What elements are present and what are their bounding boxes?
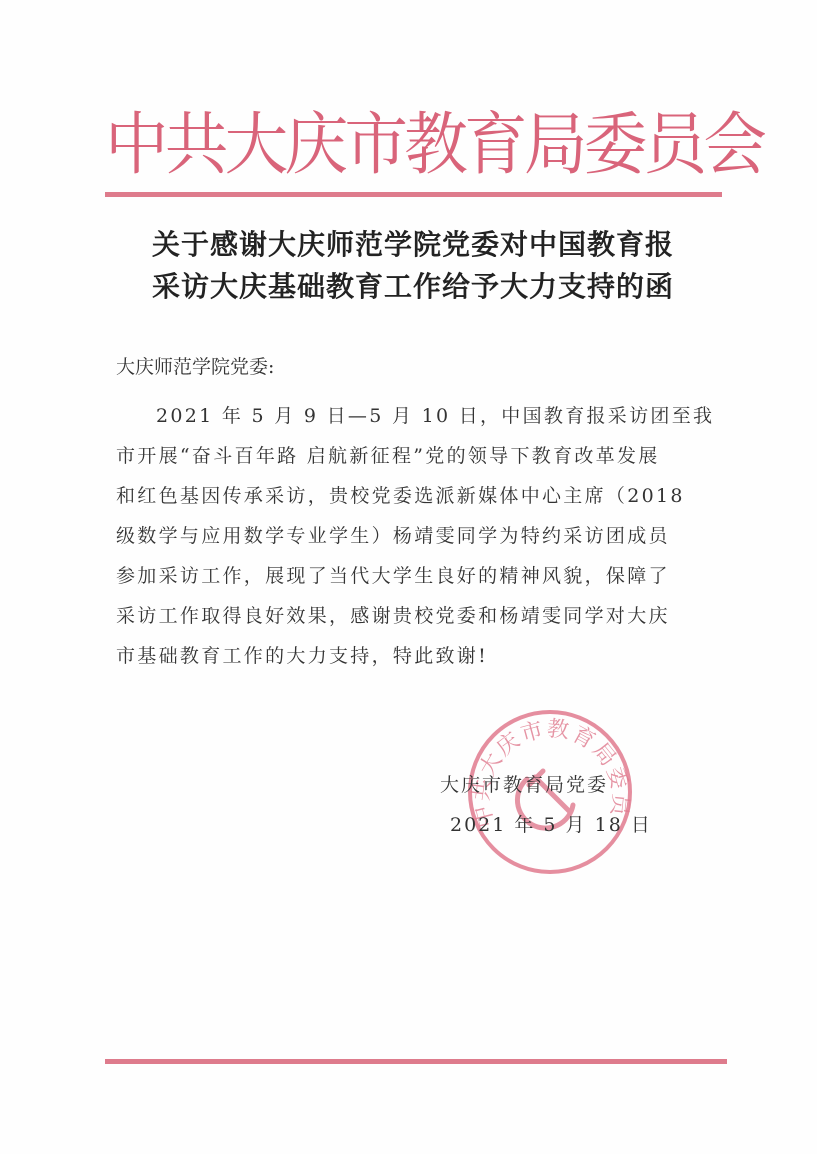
signer-name: 大庆市教育局党委	[440, 771, 608, 799]
body-line: 2021 年 5 月 9 日—5 月 10 日，中国教育报采访团至我	[116, 396, 716, 436]
signature-date: 2021 年 5 月 18 日	[450, 811, 652, 839]
body-line: 和红色基因传承采访，贵校党委选派新媒体中心主席（2018	[116, 476, 716, 516]
body-line: 采访工作取得良好效果，感谢贵校党委和杨靖雯同学对大庆	[116, 596, 716, 636]
body-paragraph: 2021 年 5 月 9 日—5 月 10 日，中国教育报采访团至我 市开展“奋…	[116, 396, 716, 676]
footer-red-rule	[105, 1059, 727, 1064]
letterhead-red-rule	[105, 192, 722, 197]
body-line: 市基础教育工作的大力支持，特此致谢!	[116, 636, 716, 676]
body-line: 市开展“奋斗百年路 启航新征程”党的领导下教育改革发展	[116, 436, 716, 476]
salutation: 大庆师范学院党委:	[116, 352, 274, 382]
letterhead-org-name: 中共大庆市教育局委员会	[105, 103, 682, 189]
document-page: 中共大庆市教育局委员会 关于感谢大庆师范学院党委对中国教育报 采访大庆基础教育工…	[0, 0, 817, 1154]
document-title: 关于感谢大庆师范学院党委对中国教育报 采访大庆基础教育工作给予大力支持的函	[118, 224, 708, 308]
title-line-2: 采访大庆基础教育工作给予大力支持的函	[118, 266, 708, 308]
title-line-1: 关于感谢大庆师范学院党委对中国教育报	[118, 224, 708, 266]
body-line: 参加采访工作，展现了当代大学生良好的精神风貌，保障了	[116, 556, 716, 596]
body-line: 级数学与应用数学专业学生）杨靖雯同学为特约采访团成员	[116, 516, 716, 556]
